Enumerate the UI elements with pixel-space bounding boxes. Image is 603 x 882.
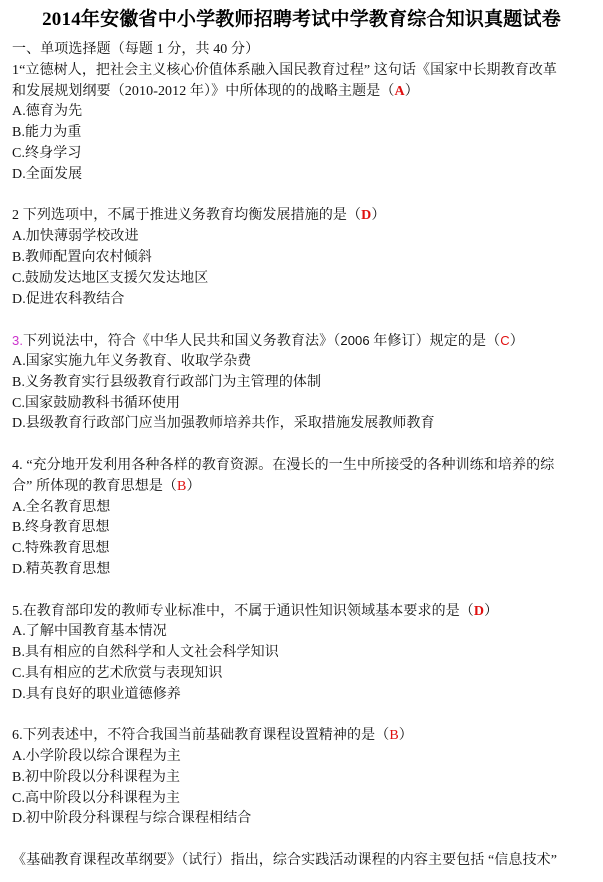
option-d: D.全面发展 xyxy=(12,165,597,186)
option-b: B.义务教育实行县级教育行政部门为主管理的体制 xyxy=(12,373,597,394)
question-stem-continued: 和发展规划纲要（2010-2012 年）》中所体现的的战略主题是（A） xyxy=(12,82,597,103)
option-c: C.具有相应的艺术欣赏与表现知识 xyxy=(12,664,597,685)
spacer xyxy=(12,706,597,727)
option-list: A.小学阶段以综合课程为主 B.初中阶段以分科课程为主 C.高中阶段以分科课程为… xyxy=(12,747,597,830)
spacer xyxy=(12,581,597,602)
option-a: A.了解中国教育基本情况 xyxy=(12,622,597,643)
option-d: D.精英教育思想 xyxy=(12,560,597,581)
option-c: C.终身学习 xyxy=(12,144,597,165)
question-number: 2 xyxy=(12,208,19,223)
option-a: A.德育为先 xyxy=(12,102,597,123)
option-d: D.促进农科教结合 xyxy=(12,290,597,311)
question-stem: 3.下列说法中，符合《中华人民共和国义务教育法》（2006 年修订）规定的是（C… xyxy=(12,331,597,352)
question-stem: 1“立德树人，把社会主义核心价值体系融入国民教育过程” 这句话《国家中长期教育改… xyxy=(12,61,597,82)
option-list: A.了解中国教育基本情况 B.具有相应的自然科学和人文社会科学知识 C.具有相应… xyxy=(12,622,597,705)
option-list: A.国家实施九年义务教育、收取学杂费 B.义务教育实行县级教育行政部门为主管理的… xyxy=(12,352,597,435)
trailing-paragraph: 《基础教育课程改革纲要》（试行）指出，综合实践活动课程的内容主要包括 “信息技术… xyxy=(12,851,597,872)
question-stem: 6.下列表述中，不符合我国当前基础教育课程设置精神的是（B） xyxy=(12,726,597,747)
question-stem-text: 合” 所体现的教育思想是（ xyxy=(12,479,177,494)
answer-key: B xyxy=(389,728,398,743)
question-2: 2 下列选项中，不属于推进义务教育均衡发展措施的是（D） A.加快薄弱学校改进 … xyxy=(12,206,597,310)
spacer xyxy=(12,310,597,331)
question-6: 6.下列表述中，不符合我国当前基础教育课程设置精神的是（B） A.小学阶段以综合… xyxy=(12,726,597,830)
option-list: A.全名教育思想 B.终身教育思想 C.特殊教育思想 D.精英教育思想 xyxy=(12,498,597,581)
paren-close: ） xyxy=(484,604,498,619)
spacer xyxy=(12,435,597,456)
option-d: D.县级教育行政部门应当加强教师培养共作，采取措施发展教师教育 xyxy=(12,414,597,435)
question-stem-text: 和发展规划纲要（2010-2012 年）》中所体现的的战略主题是（ xyxy=(12,84,394,99)
paren-close: ） xyxy=(399,728,413,743)
answer-key: D xyxy=(474,604,484,619)
spacer xyxy=(12,830,597,851)
paren-close: ） xyxy=(371,208,385,223)
question-4: 4. “充分地开发利用各种各样的教育资源。在漫长的一生中所接受的各种训练和培养的… xyxy=(12,456,597,581)
option-list: A.加快薄弱学校改进 B.教师配置向农村倾斜 C.鼓励发达地区支援欠发达地区 D… xyxy=(12,227,597,310)
option-a: A.全名教育思想 xyxy=(12,498,597,519)
question-number: 6. xyxy=(12,728,23,743)
question-stem: 2 下列选项中，不属于推进义务教育均衡发展措施的是（D） xyxy=(12,206,597,227)
option-b: B.初中阶段以分科课程为主 xyxy=(12,768,597,789)
question-number: 3. xyxy=(12,333,23,348)
option-list: A.德育为先 B.能力为重 C.终身学习 D.全面发展 xyxy=(12,102,597,185)
section-heading: 一、单项选择题（每题 1 分，共 40 分） xyxy=(12,40,597,61)
question-number: 4. xyxy=(12,458,23,473)
question-stem-text: “充分地开发利用各种各样的教育资源。在漫长的一生中所接受的各种训练和培养的综 xyxy=(26,458,554,473)
question-3: 3.下列说法中，符合《中华人民共和国义务教育法》（2006 年修订）规定的是（C… xyxy=(12,331,597,435)
option-d: D.初中阶段分科课程与综合课程相结合 xyxy=(12,809,597,830)
option-c: C.高中阶段以分科课程为主 xyxy=(12,789,597,810)
question-stem-text: “立德树人，把社会主义核心价值体系融入国民教育过程” 这句话《国家中长期教育改革 xyxy=(19,63,557,78)
year-text: 2006 xyxy=(340,333,369,348)
question-stem-text: 在教育部印发的教师专业标准中，不属于通识性知识领域基本要求的是（ xyxy=(23,604,474,619)
option-a: A.国家实施九年义务教育、收取学杂费 xyxy=(12,352,597,373)
answer-key: C xyxy=(500,333,510,348)
question-stem-text: 下列表述中，不符合我国当前基础教育课程设置精神的是（ xyxy=(23,728,390,743)
question-5: 5.在教育部印发的教师专业标准中，不属于通识性知识领域基本要求的是（D） A.了… xyxy=(12,602,597,706)
paren-close: ） xyxy=(405,84,419,99)
question-stem: 4. “充分地开发利用各种各样的教育资源。在漫长的一生中所接受的各种训练和培养的… xyxy=(12,456,597,477)
exam-document: 2014年安徽省中小学教师招聘考试中学教育综合知识真题试卷 一、单项选择题（每题… xyxy=(12,0,597,872)
question-stem-continued: 合” 所体现的教育思想是（B） xyxy=(12,477,597,498)
question-stem: 5.在教育部印发的教师专业标准中，不属于通识性知识领域基本要求的是（D） xyxy=(12,602,597,623)
question-stem-text: 下列选项中，不属于推进义务教育均衡发展措施的是（ xyxy=(23,208,361,223)
option-b: B.教师配置向农村倾斜 xyxy=(12,248,597,269)
option-c: C.国家鼓励教科书循环使用 xyxy=(12,394,597,415)
question-stem-text: 年修订）规定的是（ xyxy=(370,334,501,349)
option-b: B.终身教育思想 xyxy=(12,518,597,539)
option-b: B.具有相应的自然科学和人文社会科学知识 xyxy=(12,643,597,664)
question-1: 1“立德树人，把社会主义核心价值体系融入国民教育过程” 这句话《国家中长期教育改… xyxy=(12,61,597,186)
document-title: 2014年安徽省中小学教师招聘考试中学教育综合知识真题试卷 xyxy=(12,8,597,40)
paren-close: ） xyxy=(186,479,200,494)
option-a: A.小学阶段以综合课程为主 xyxy=(12,747,597,768)
option-d: D.具有良好的职业道德修养 xyxy=(12,685,597,706)
spacer xyxy=(12,186,597,207)
option-c: C.鼓励发达地区支援欠发达地区 xyxy=(12,269,597,290)
paren-close: ） xyxy=(510,334,524,349)
option-b: B.能力为重 xyxy=(12,123,597,144)
question-stem-text: 下列说法中，符合《中华人民共和国义务教育法》（ xyxy=(23,334,340,349)
option-a: A.加快薄弱学校改进 xyxy=(12,227,597,248)
option-c: C.特殊教育思想 xyxy=(12,539,597,560)
question-number: 5. xyxy=(12,604,23,619)
answer-key: A xyxy=(394,84,404,99)
answer-key: D xyxy=(361,208,371,223)
